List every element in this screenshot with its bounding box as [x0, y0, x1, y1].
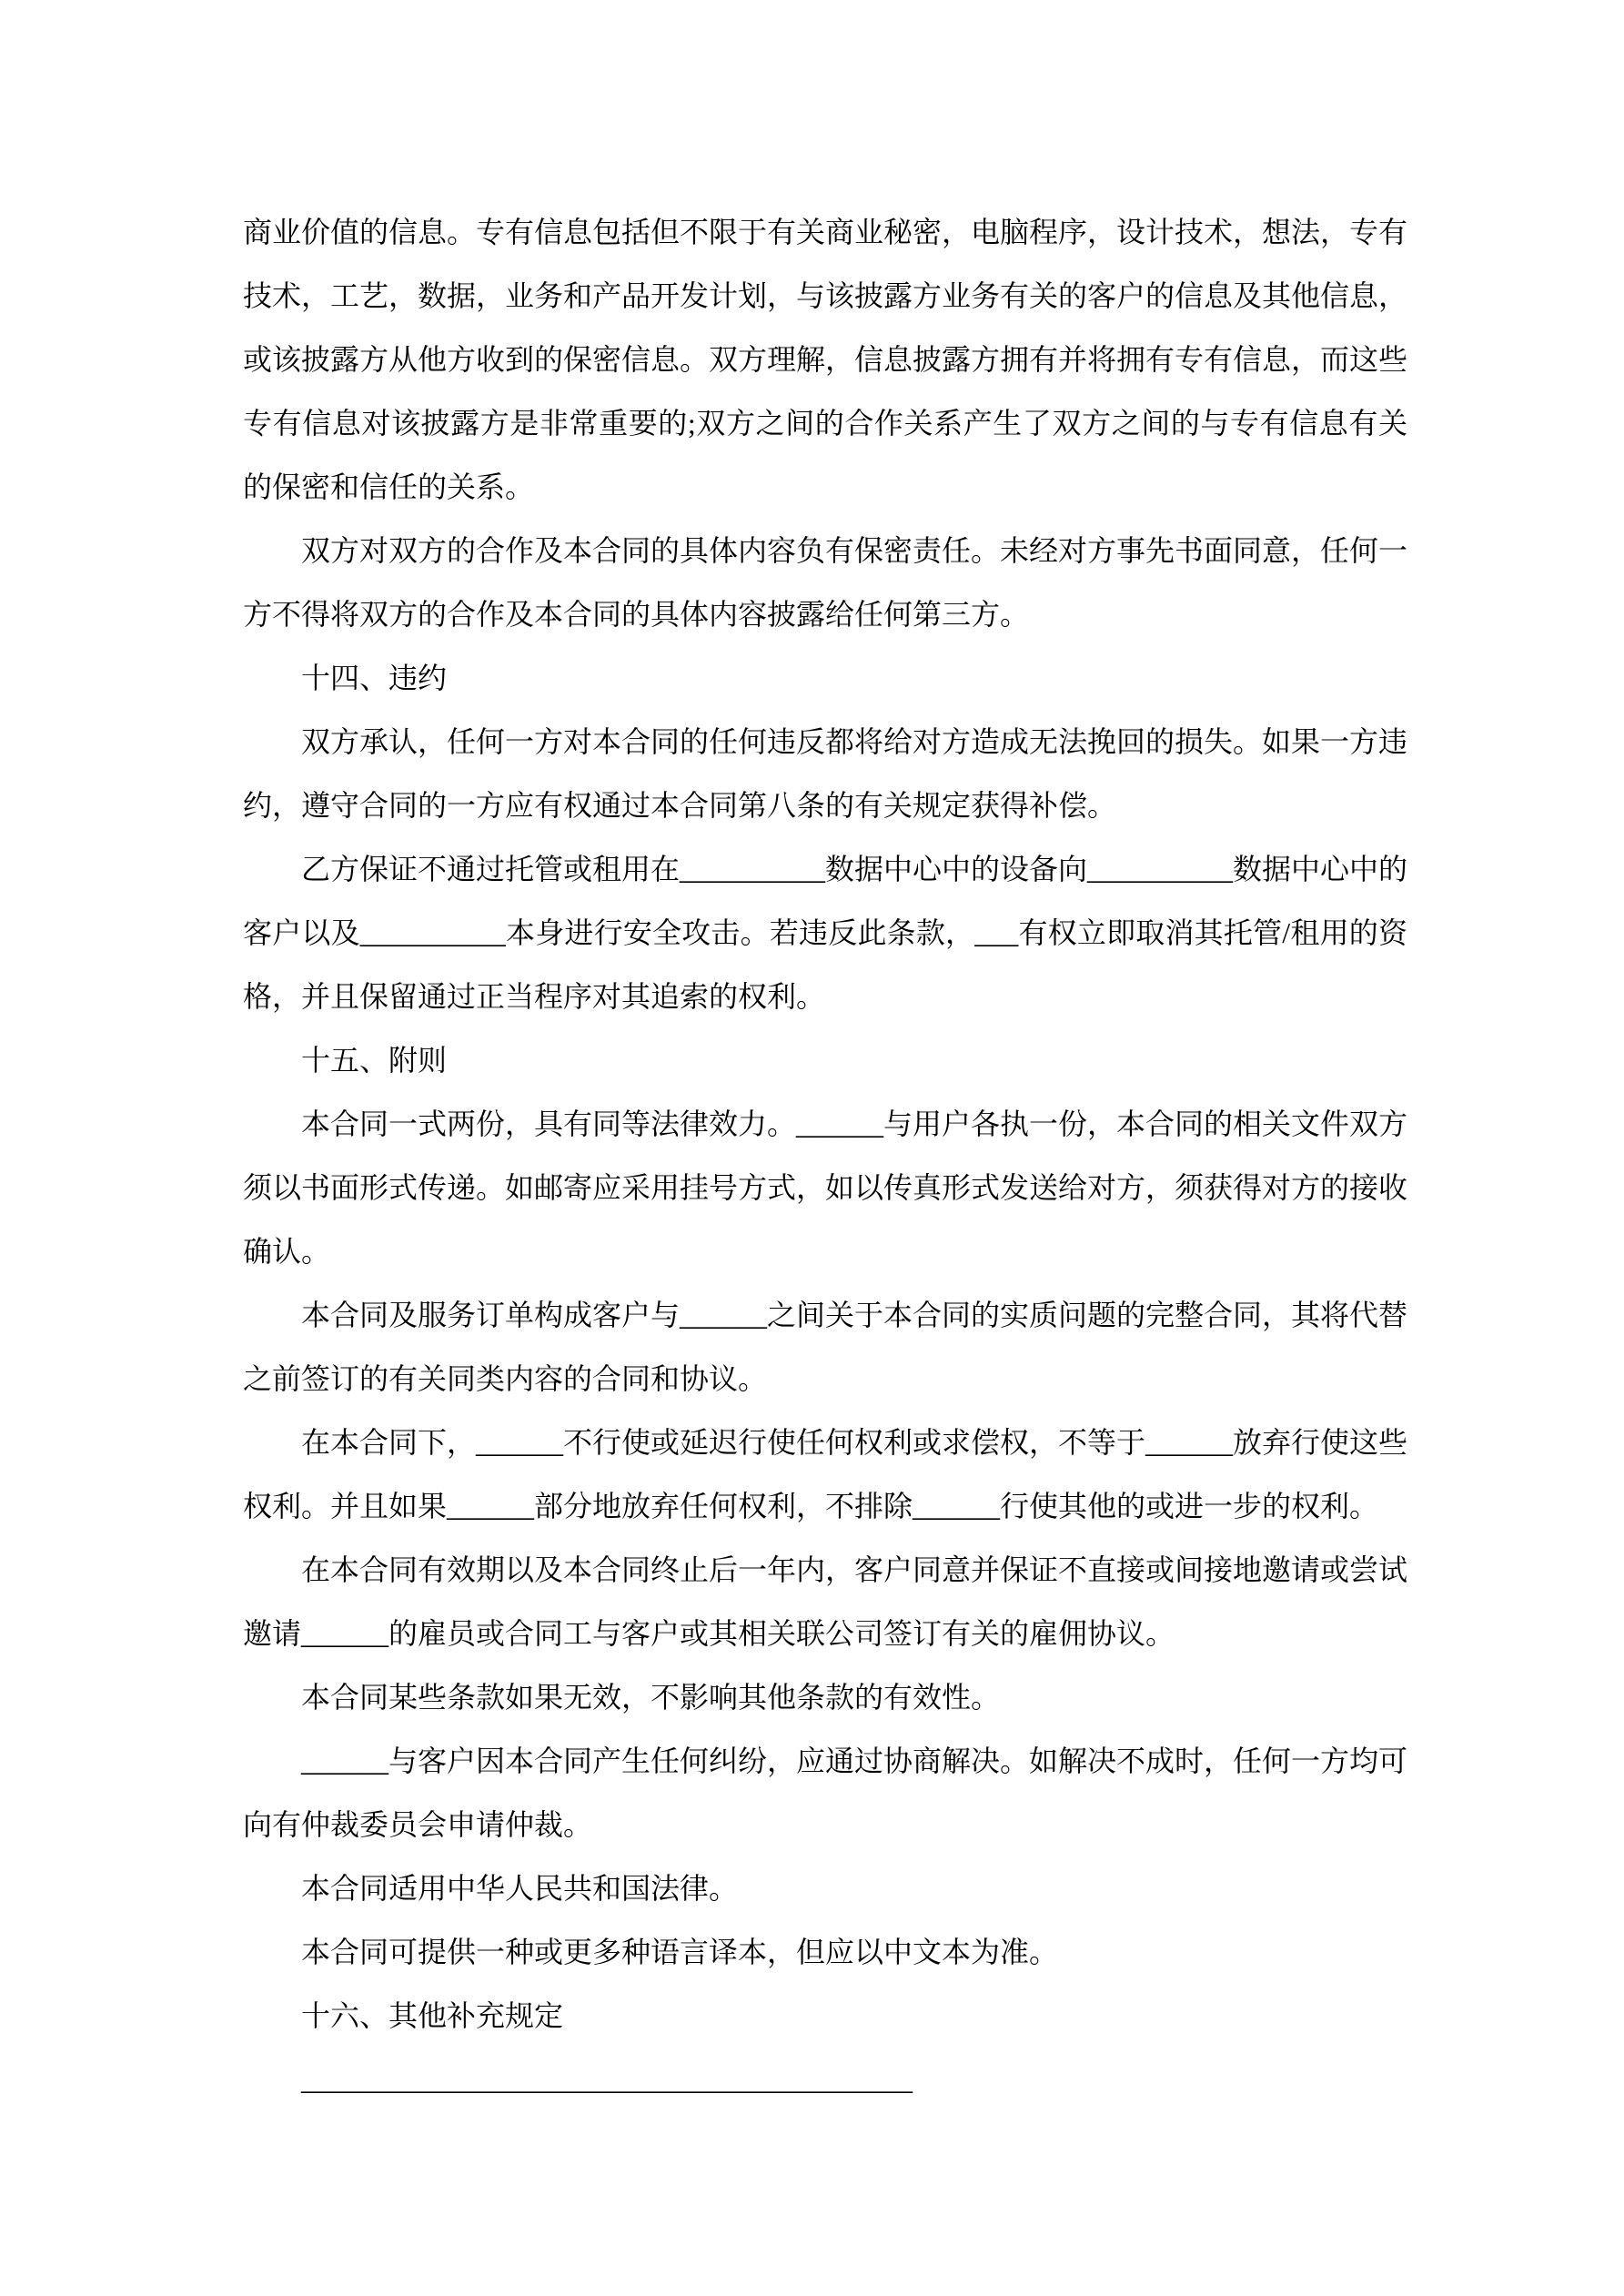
body-paragraph-entire-agreement: 本合同及服务订单构成客户与______之间关于本合同的实质问题的完整合同，其将代…: [243, 1283, 1407, 1411]
section-heading-14-breach: 十四、违约: [243, 646, 1407, 710]
body-paragraph-severability: 本合同某些条款如果无效，不影响其他条款的有效性。: [243, 1665, 1407, 1729]
section-heading-15-supplementary: 十五、附则: [243, 1028, 1407, 1092]
body-paragraph-continuation: 商业价值的信息。专有信息包括但不限于有关商业秘密，电脑程序，设计技术，想法，专有…: [243, 200, 1407, 519]
body-paragraph-governing-law: 本合同适用中华人民共和国法律。: [243, 1856, 1407, 1920]
body-paragraph-dispute-arbitration: ______与客户因本合同产生任何纠纷，应通过协商解决。如解决不成时，任何一方均…: [243, 1729, 1407, 1856]
body-paragraph-security-attack: 乙方保证不通过托管或租用在__________数据中心中的设备向________…: [243, 837, 1407, 1028]
body-paragraph-duplicate-copies: 本合同一式两份，具有同等法律效力。______与用户各执一份，本合同的相关文件双…: [243, 1092, 1407, 1283]
fill-in-blank-line: ________________________________________…: [243, 2048, 1407, 2111]
contract-text-block: 商业价值的信息。专有信息包括但不限于有关商业秘密，电脑程序，设计技术，想法，专有…: [243, 200, 1407, 2111]
contract-document-page: 商业价值的信息。专有信息包括但不限于有关商业秘密，电脑程序，设计技术，想法，专有…: [0, 0, 1624, 2296]
body-paragraph-non-solicitation: 在本合同有效期以及本合同终止后一年内，客户同意并保证不直接或间接地邀请或尝试邀请…: [243, 1538, 1407, 1665]
body-paragraph-confidentiality: 双方对双方的合作及本合同的具体内容负有保密责任。未经对方事先书面同意，任何一方不…: [243, 519, 1407, 646]
body-paragraph-waiver: 在本合同下，______不行使或延迟行使任何权利或求偿权，不等于______放弃…: [243, 1411, 1407, 1538]
body-paragraph-language-version: 本合同可提供一种或更多种语言译本，但应以中文本为准。: [243, 1920, 1407, 1984]
section-heading-16-other-provisions: 十六、其他补充规定: [243, 1984, 1407, 2048]
body-paragraph-breach-remedy: 双方承认，任何一方对本合同的任何违反都将给对方造成无法挽回的损失。如果一方违约，…: [243, 710, 1407, 837]
